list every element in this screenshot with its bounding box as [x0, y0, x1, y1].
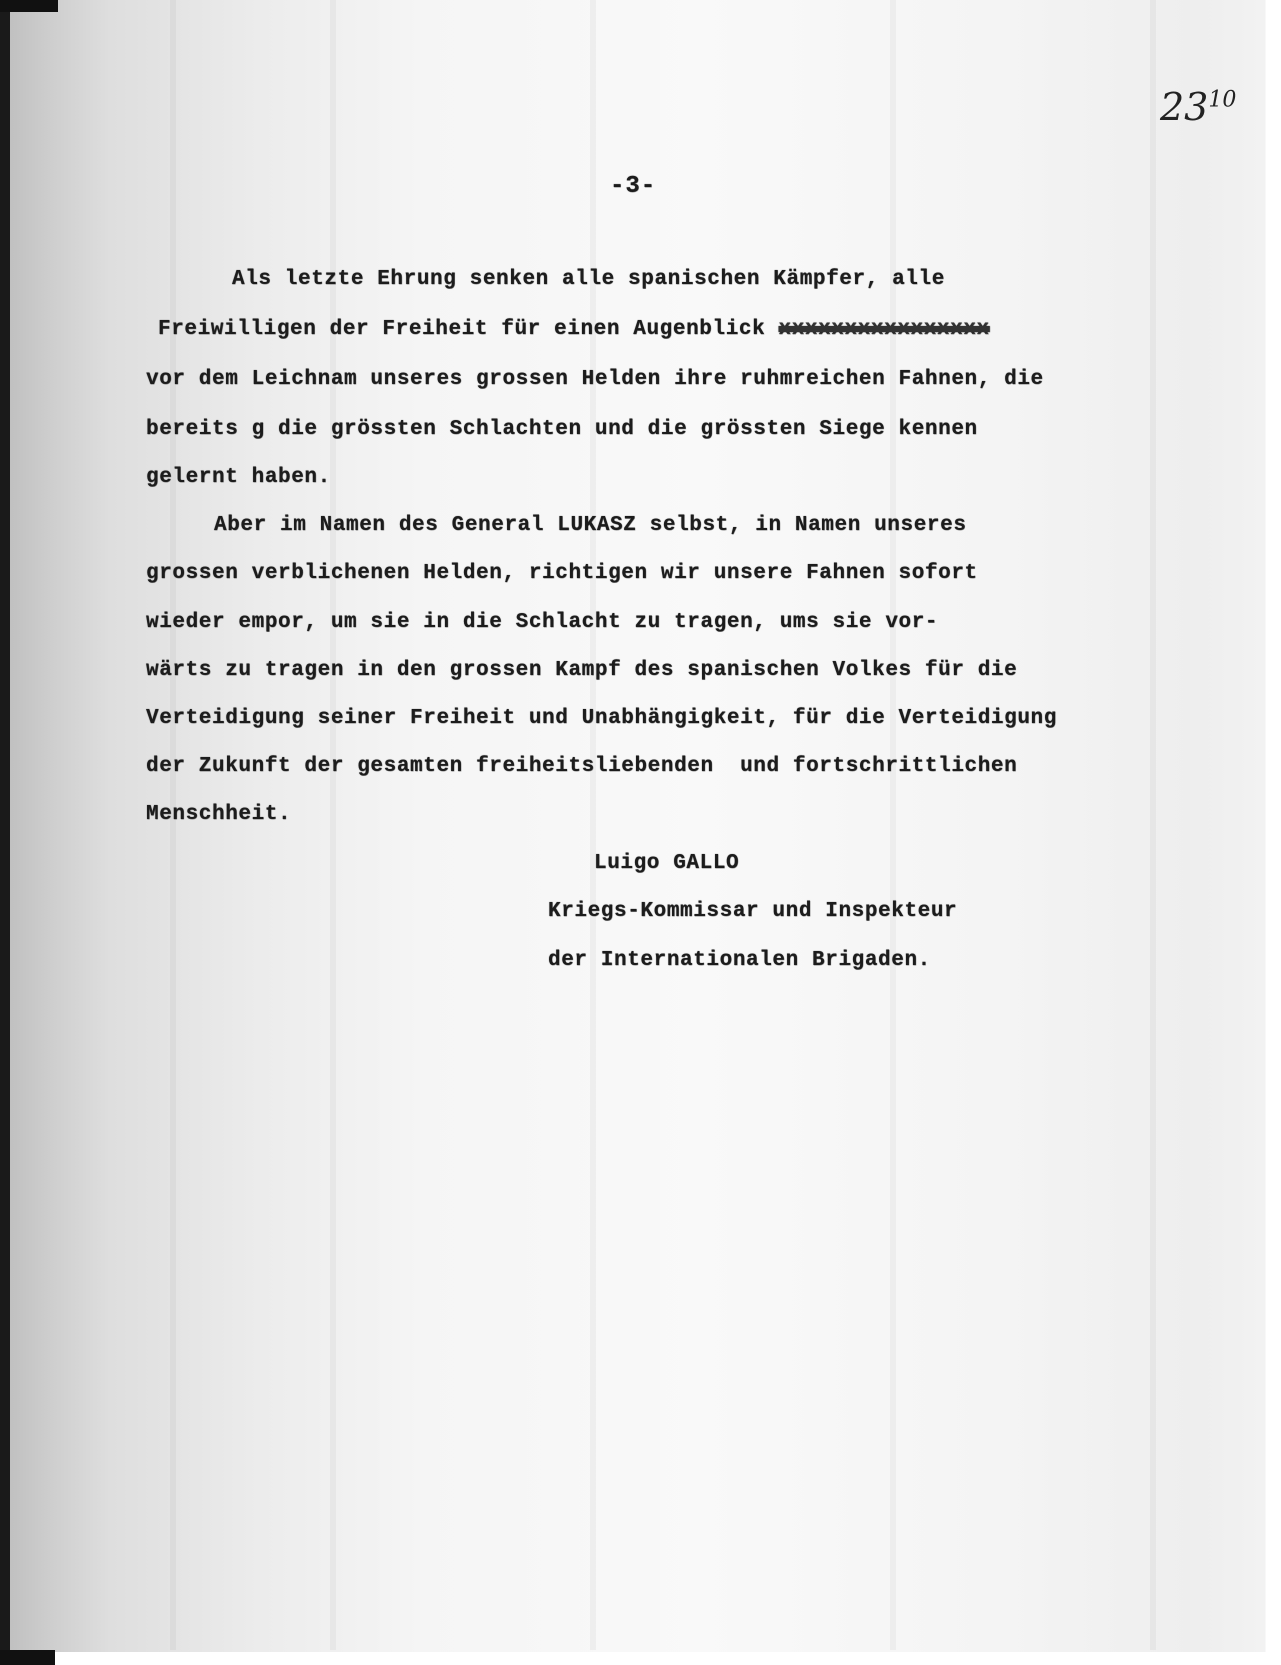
text-line: vor dem Leichnam unseres grossen Helden …: [146, 368, 1044, 391]
folio-subnumber: 10: [1208, 87, 1236, 112]
scan-stripe: [1150, 0, 1156, 1650]
struck-out-text: xxxxxxxxxxxxxxxx: [779, 318, 990, 341]
text-line: wieder empor, um sie in die Schlacht zu …: [146, 611, 938, 634]
page-number: -3-: [610, 173, 656, 200]
text-line-content: Freiwilligen der Freiheit für einen Auge…: [158, 318, 779, 341]
signature-name: Luigo GALLO: [594, 852, 739, 875]
scanned-page: 2310 -3- Als letzte Ehrung senken alle s…: [0, 0, 1281, 1665]
scan-border-top: [0, 0, 58, 12]
text-line: Freiwilligen der Freiheit für einen Auge…: [158, 318, 990, 341]
scan-stripe: [330, 0, 336, 1650]
signature-title: Kriegs-Kommissar und Inspekteur: [548, 900, 957, 923]
page-edge-right: [1266, 0, 1281, 1665]
text-line: der Zukunft der gesamten freiheitslieben…: [146, 755, 1017, 778]
folio-number: 23: [1160, 85, 1208, 129]
text-line: Menschheit.: [146, 803, 291, 826]
scan-stripe: [890, 0, 896, 1650]
text-line: gelernt haben.: [146, 466, 331, 489]
text-line: grossen verblichenen Helden, richtigen w…: [146, 562, 978, 585]
scan-border-bottom: [0, 1650, 55, 1665]
signature-title-organization: der Internationalen Brigaden.: [548, 949, 931, 972]
scan-border-left: [0, 0, 10, 1650]
text-line: Verteidigung seiner Freiheit und Unabhän…: [146, 707, 1057, 730]
text-line: wärts zu tragen in den grossen Kampf des…: [146, 659, 1017, 682]
archive-folio-mark: 2310: [1160, 85, 1236, 129]
scan-stripe: [590, 0, 596, 1650]
page-edge-bottom: [55, 1652, 1281, 1665]
text-line: Als letzte Ehrung senken alle spanischen…: [232, 268, 945, 291]
text-line: bereits g die grössten Schlachten und di…: [146, 418, 978, 441]
text-line: Aber im Namen des General LUKASZ selbst,…: [214, 514, 967, 537]
